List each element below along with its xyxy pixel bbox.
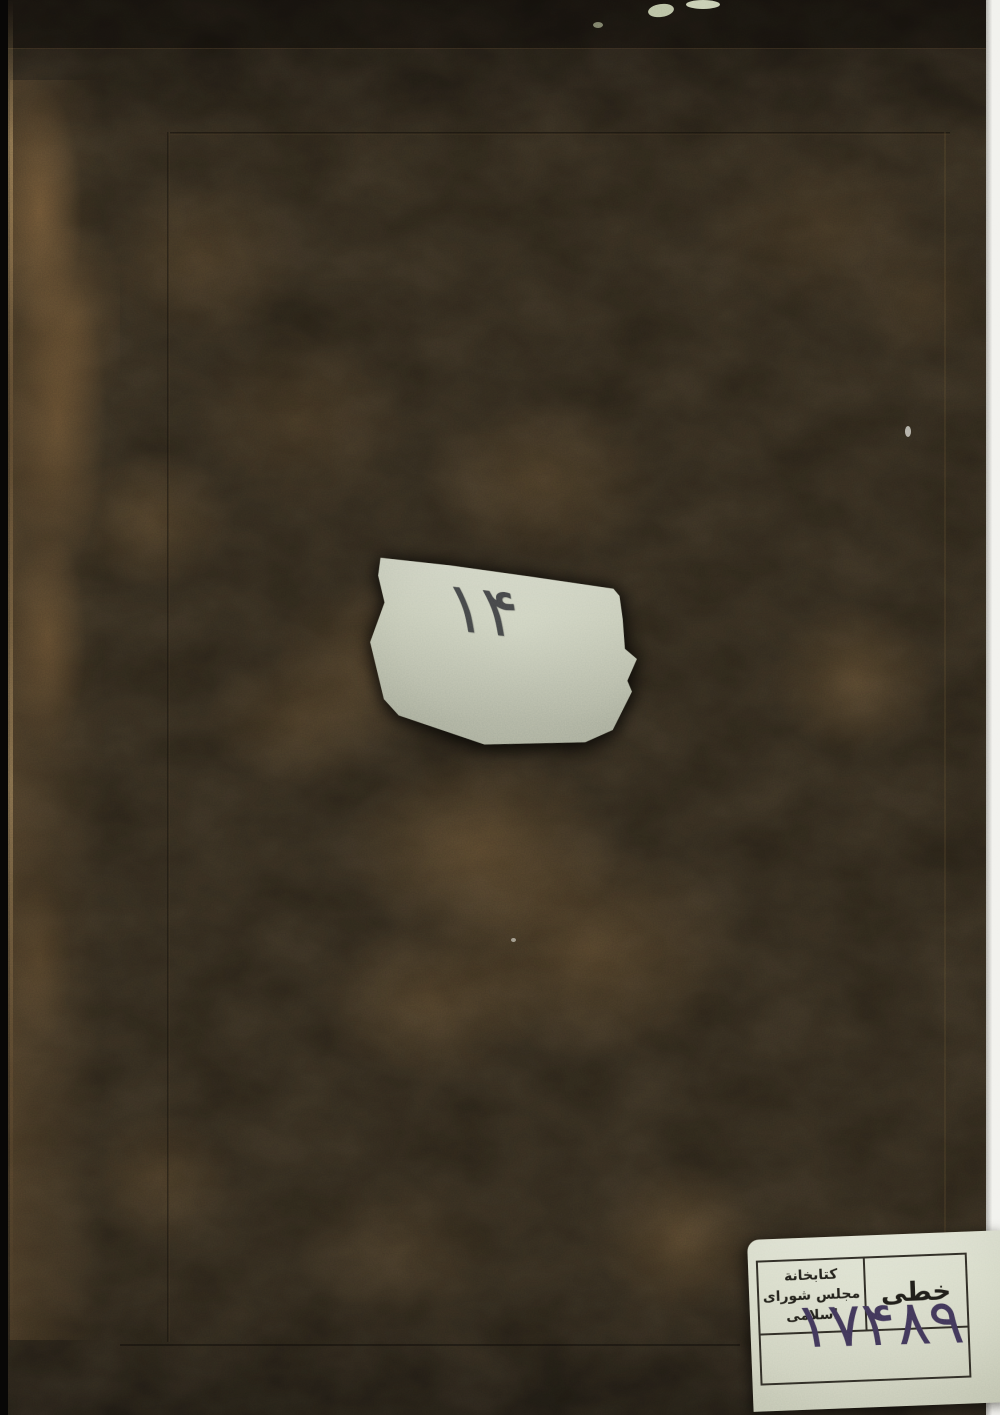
torn-paper: ۱۴	[366, 552, 643, 753]
scanner-edge-strip	[986, 0, 1000, 1415]
panel-line-top	[170, 132, 950, 135]
handwritten-volume-number: ۱۴	[441, 572, 525, 650]
book-cover-photo: ۱۴ كتابخانة مجلس شورای اسلامی خطی ۱۷۴۸۹	[0, 0, 1000, 1415]
paper-fleck	[511, 938, 516, 942]
paper-fleck	[593, 22, 603, 28]
center-paper-label: ۱۴	[366, 552, 643, 753]
spine-edge	[10, 80, 120, 1340]
library-catalog-label: كتابخانة مجلس شورای اسلامی خطی ۱۷۴۸۹	[747, 1230, 1000, 1412]
catalog-accession-number: ۱۷۴۸۹	[746, 1289, 1000, 1358]
panel-line-left	[167, 132, 170, 1342]
panel-line-right	[944, 132, 946, 1242]
paper-fleck	[905, 426, 911, 437]
spine-worn-sliver	[8, 0, 13, 1415]
top-turn-in-seam	[0, 0, 1000, 49]
paper-fleck	[686, 0, 720, 9]
panel-line-bottom	[120, 1344, 740, 1346]
left-scan-edge	[0, 0, 8, 1415]
